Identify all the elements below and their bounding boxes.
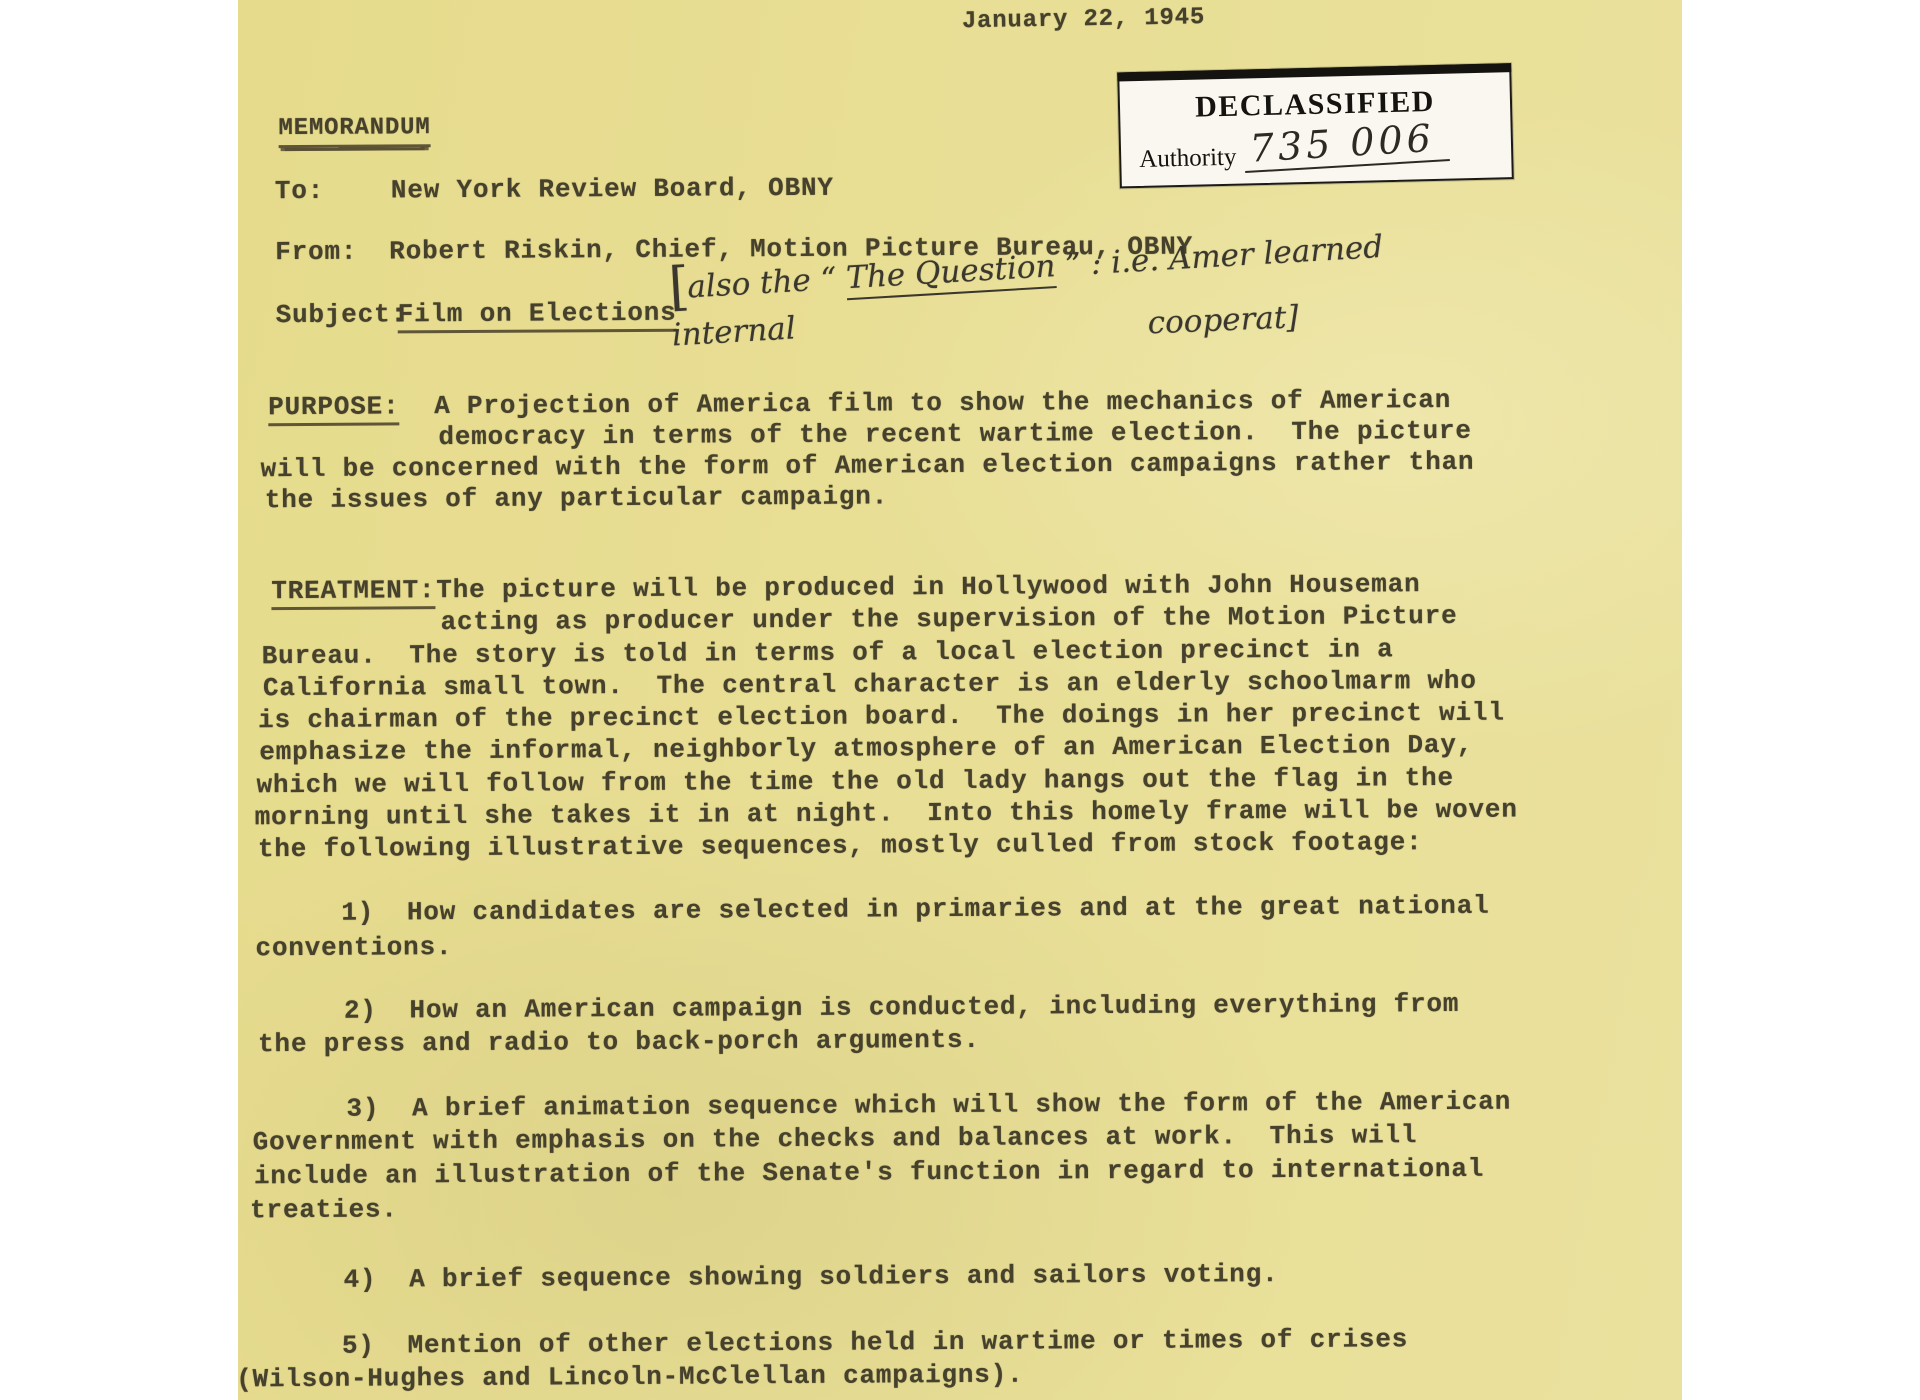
purpose-line-3: will be concerned with the form of Ameri… [260, 447, 1474, 484]
treatment-line-3: Bureau. The story is told in terms of a … [262, 634, 1394, 671]
annotation-open-bracket: [ [667, 257, 689, 318]
sequence-2-line-2: the press and radio to back-porch argume… [258, 1025, 980, 1059]
sequence-5-line-2: (Wilson-Hughes and Lincoln-McClellan cam… [236, 1360, 1023, 1395]
sequence-5-line-1: 5) Mention of other elections held in wa… [342, 1324, 1408, 1361]
treatment-line-9: the following illustrative sequences, mo… [258, 827, 1423, 864]
sequence-1-line-1: 1) How candidates are selected in primar… [341, 891, 1489, 928]
treatment-line-5: is chairman of the precinct election boa… [258, 698, 1505, 736]
sequence-3-line-4: treaties. [250, 1194, 398, 1225]
sequence-3-line-3: include an illustration of the Senate's … [254, 1154, 1484, 1192]
annotation-film-title: The Question [845, 248, 1056, 300]
stamp-authority-label: Authority [1139, 144, 1237, 173]
treatment-line-6: emphasize the informal, neighborly atmos… [259, 730, 1473, 767]
stamp-top-bar [1117, 63, 1511, 81]
purpose-line-4: the issues of any particular campaign. [265, 481, 888, 515]
treatment-line-2: acting as producer under the supervision… [440, 601, 1457, 637]
stamp-authority-row: Authority735 006 [1139, 123, 1530, 178]
treatment-line-8: morning until she takes it in at night. … [255, 795, 1518, 833]
memo-heading: MEMORANDUM [278, 113, 430, 148]
treatment-label: TREATMENT: [271, 575, 435, 610]
purpose-line-2: democracy in terms of the recent wartime… [438, 416, 1472, 452]
annotation-line2: cooperat] [1147, 299, 1299, 341]
treatment-line-4: California small town. The central chara… [263, 666, 1477, 703]
sequence-1-line-2: conventions. [255, 932, 452, 963]
scanned-memo-page: January 22, 1945 DECLASSIFIED Authority7… [0, 0, 1920, 1400]
to-value: New York Review Board, OBNY [391, 173, 834, 206]
treatment-line-1: The picture will be produced in Hollywoo… [436, 569, 1420, 605]
from-label: From: [275, 237, 357, 268]
subject-label: Subject: [276, 299, 407, 330]
stamp-title: DECLASSIFIED [1120, 83, 1511, 126]
treatment-line-7: which we will follow from the time the o… [256, 763, 1454, 800]
sequence-2-line-1: 2) How an American campaign is conducted… [344, 989, 1460, 1026]
purpose-label: PURPOSE: [268, 391, 399, 426]
memo-content: January 22, 1945 DECLASSIFIED Authority7… [0, 0, 1920, 1400]
stamp-authority-number: 735 006 [1243, 115, 1450, 173]
sequence-3-line-1: 3) A brief animation sequence which will… [346, 1087, 1511, 1124]
to-label: To: [275, 176, 324, 206]
sequence-3-line-2: Government with emphasis on the checks a… [253, 1120, 1418, 1157]
memo-date: January 22, 1945 [962, 3, 1206, 37]
purpose-line-1: A Projection of America film to show the… [434, 385, 1451, 421]
declassified-stamp: DECLASSIFIED Authority735 006 [1117, 63, 1514, 188]
subject-value: Film on Elections [398, 298, 677, 334]
annotation-prefix: also the “ [686, 260, 847, 305]
sequence-4-line-1: 4) A brief sequence showing soldiers and… [343, 1259, 1278, 1295]
